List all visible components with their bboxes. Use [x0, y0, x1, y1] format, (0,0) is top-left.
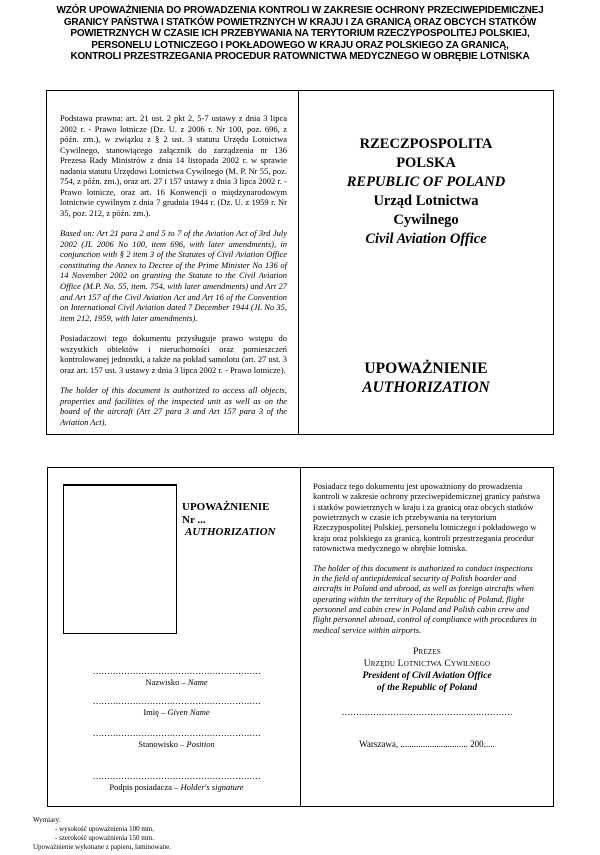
document-title-line: KONTROLI PRZESTRZEGANIA PROCEDUR RATOWNI…: [0, 51, 600, 63]
holder-section: UPOWAŻNIENIE Nr ... AUTHORIZATION ......…: [48, 468, 301, 806]
dimension-item-height: - wysokość upoważnienia 100 mm,: [33, 825, 171, 834]
document-title-line: WZÓR UPOWAŻNIENIA DO PROWADZENIA KONTROL…: [0, 5, 600, 17]
authorization-card-front: Podstawa prawna: art. 21 ust. 2 pkt 2, 5…: [46, 90, 554, 435]
document-title-line: GRANICY PAŃSTWA I STATKÓW POWIETRZNYCH W…: [0, 17, 600, 29]
dimensions-note: Wymiary: - wysokość upoważnienia 100 mm,…: [33, 816, 171, 852]
country-name-en: REPUBLIC OF POLAND: [299, 173, 553, 192]
dimension-item-width: - szerokość upoważnienia 150 mm.: [33, 834, 171, 843]
president-office-pl: Urzędu Lotnictwa Cywilnego: [313, 658, 541, 670]
document-type-title: UPOWAŻNIENIE AUTHORIZATION: [299, 359, 553, 397]
dotted-rule: ........................................…: [93, 667, 260, 675]
office-name-pl: Urząd Lotnictwa: [299, 192, 553, 211]
field-position: ........................................…: [93, 729, 260, 749]
field-label-pl: Stanowisko –: [138, 739, 184, 749]
material-note: Upoważnienie wykonane z papieru, laminow…: [33, 843, 171, 852]
dimensions-label: Wymiary:: [33, 816, 171, 825]
document-title-line: PERSONELU LOTNICZEGO I POKŁADOWEGO W KRA…: [0, 40, 600, 52]
field-label-en: Position: [186, 739, 214, 749]
access-rights-en: The holder of this document is authorize…: [60, 385, 287, 427]
scope-pl: Posiadacz tego dokumentu jest upoważnion…: [313, 481, 541, 554]
field-label: Nazwisko – Name: [93, 677, 260, 687]
dotted-rule: ........................................…: [93, 697, 260, 705]
card-title-block: UPOWAŻNIENIE Nr ... AUTHORIZATION: [182, 501, 275, 539]
scope-en: The holder of this document is authorize…: [313, 563, 541, 636]
president-signature-block: Prezes Urzędu Lotnictwa Cywilnego Presid…: [313, 646, 541, 694]
dotted-rule: ........................................…: [93, 729, 260, 737]
field-given-name: ........................................…: [93, 697, 260, 717]
president-title-en: President of Civil Aviation Office: [313, 670, 541, 682]
document-type-pl: UPOWAŻNIENIE: [299, 359, 553, 378]
field-label: Stanowisko – Position: [93, 739, 260, 749]
office-name-en: Civil Aviation Office: [299, 230, 553, 249]
legal-basis-en: Based on: Art 21 para 2 and 5 to 7 of th…: [60, 228, 287, 323]
field-label: Podpis posiadacza – Holder's signature: [93, 782, 260, 792]
document-title: WZÓR UPOWAŻNIENIA DO PROWADZENIA KONTROL…: [0, 5, 600, 63]
scope-section: Posiadacz tego dokumentu jest upoważnion…: [301, 468, 553, 806]
photo-placeholder: [63, 484, 177, 634]
card-number-label: Nr ...: [182, 514, 275, 527]
document-page: WZÓR UPOWAŻNIENIA DO PROWADZENIA KONTROL…: [0, 0, 600, 855]
country-name-pl: RZECZPOSPOLITA: [299, 135, 553, 154]
office-name-pl: Cywilnego: [299, 211, 553, 230]
place-and-date-line: Warszawa, ..............................…: [313, 739, 541, 749]
field-label-pl: Imię –: [143, 707, 165, 717]
document-title-line: POWIETRZNYCH W CZASIE ICH PRZEBYWANIA NA…: [0, 28, 600, 40]
president-office-en: of the Republic of Poland: [313, 682, 541, 694]
field-label: Imię – Given Name: [93, 707, 260, 717]
dotted-rule: ........................................…: [93, 772, 260, 780]
field-label-pl: Nazwisko –: [145, 677, 185, 687]
field-name: ........................................…: [93, 667, 260, 687]
signature-dotted-rule: ........................................…: [342, 708, 512, 716]
authorization-card-back: UPOWAŻNIENIE Nr ... AUTHORIZATION ......…: [47, 467, 554, 807]
document-type-en: AUTHORIZATION: [299, 378, 553, 397]
card-title-en: AUTHORIZATION: [182, 526, 275, 539]
field-label-en: Holder's signature: [180, 782, 243, 792]
card-title-pl: UPOWAŻNIENIE: [182, 501, 275, 514]
field-label-pl: Podpis posiadacza –: [109, 782, 178, 792]
issuer-section: RZECZPOSPOLITA POLSKA REPUBLIC OF POLAND…: [299, 91, 553, 434]
legal-basis-section: Podstawa prawna: art. 21 ust. 2 pkt 2, 5…: [47, 91, 299, 434]
field-label-en: Name: [188, 677, 208, 687]
field-label-en: Given Name: [167, 707, 209, 717]
access-rights-pl: Posiadaczowi tego dokumentu przysługuje …: [60, 333, 287, 375]
country-name-pl: POLSKA: [299, 154, 553, 173]
legal-basis-pl: Podstawa prawna: art. 21 ust. 2 pkt 2, 5…: [60, 113, 287, 218]
president-title-pl: Prezes: [313, 646, 541, 658]
field-holder-signature: ........................................…: [93, 772, 260, 792]
